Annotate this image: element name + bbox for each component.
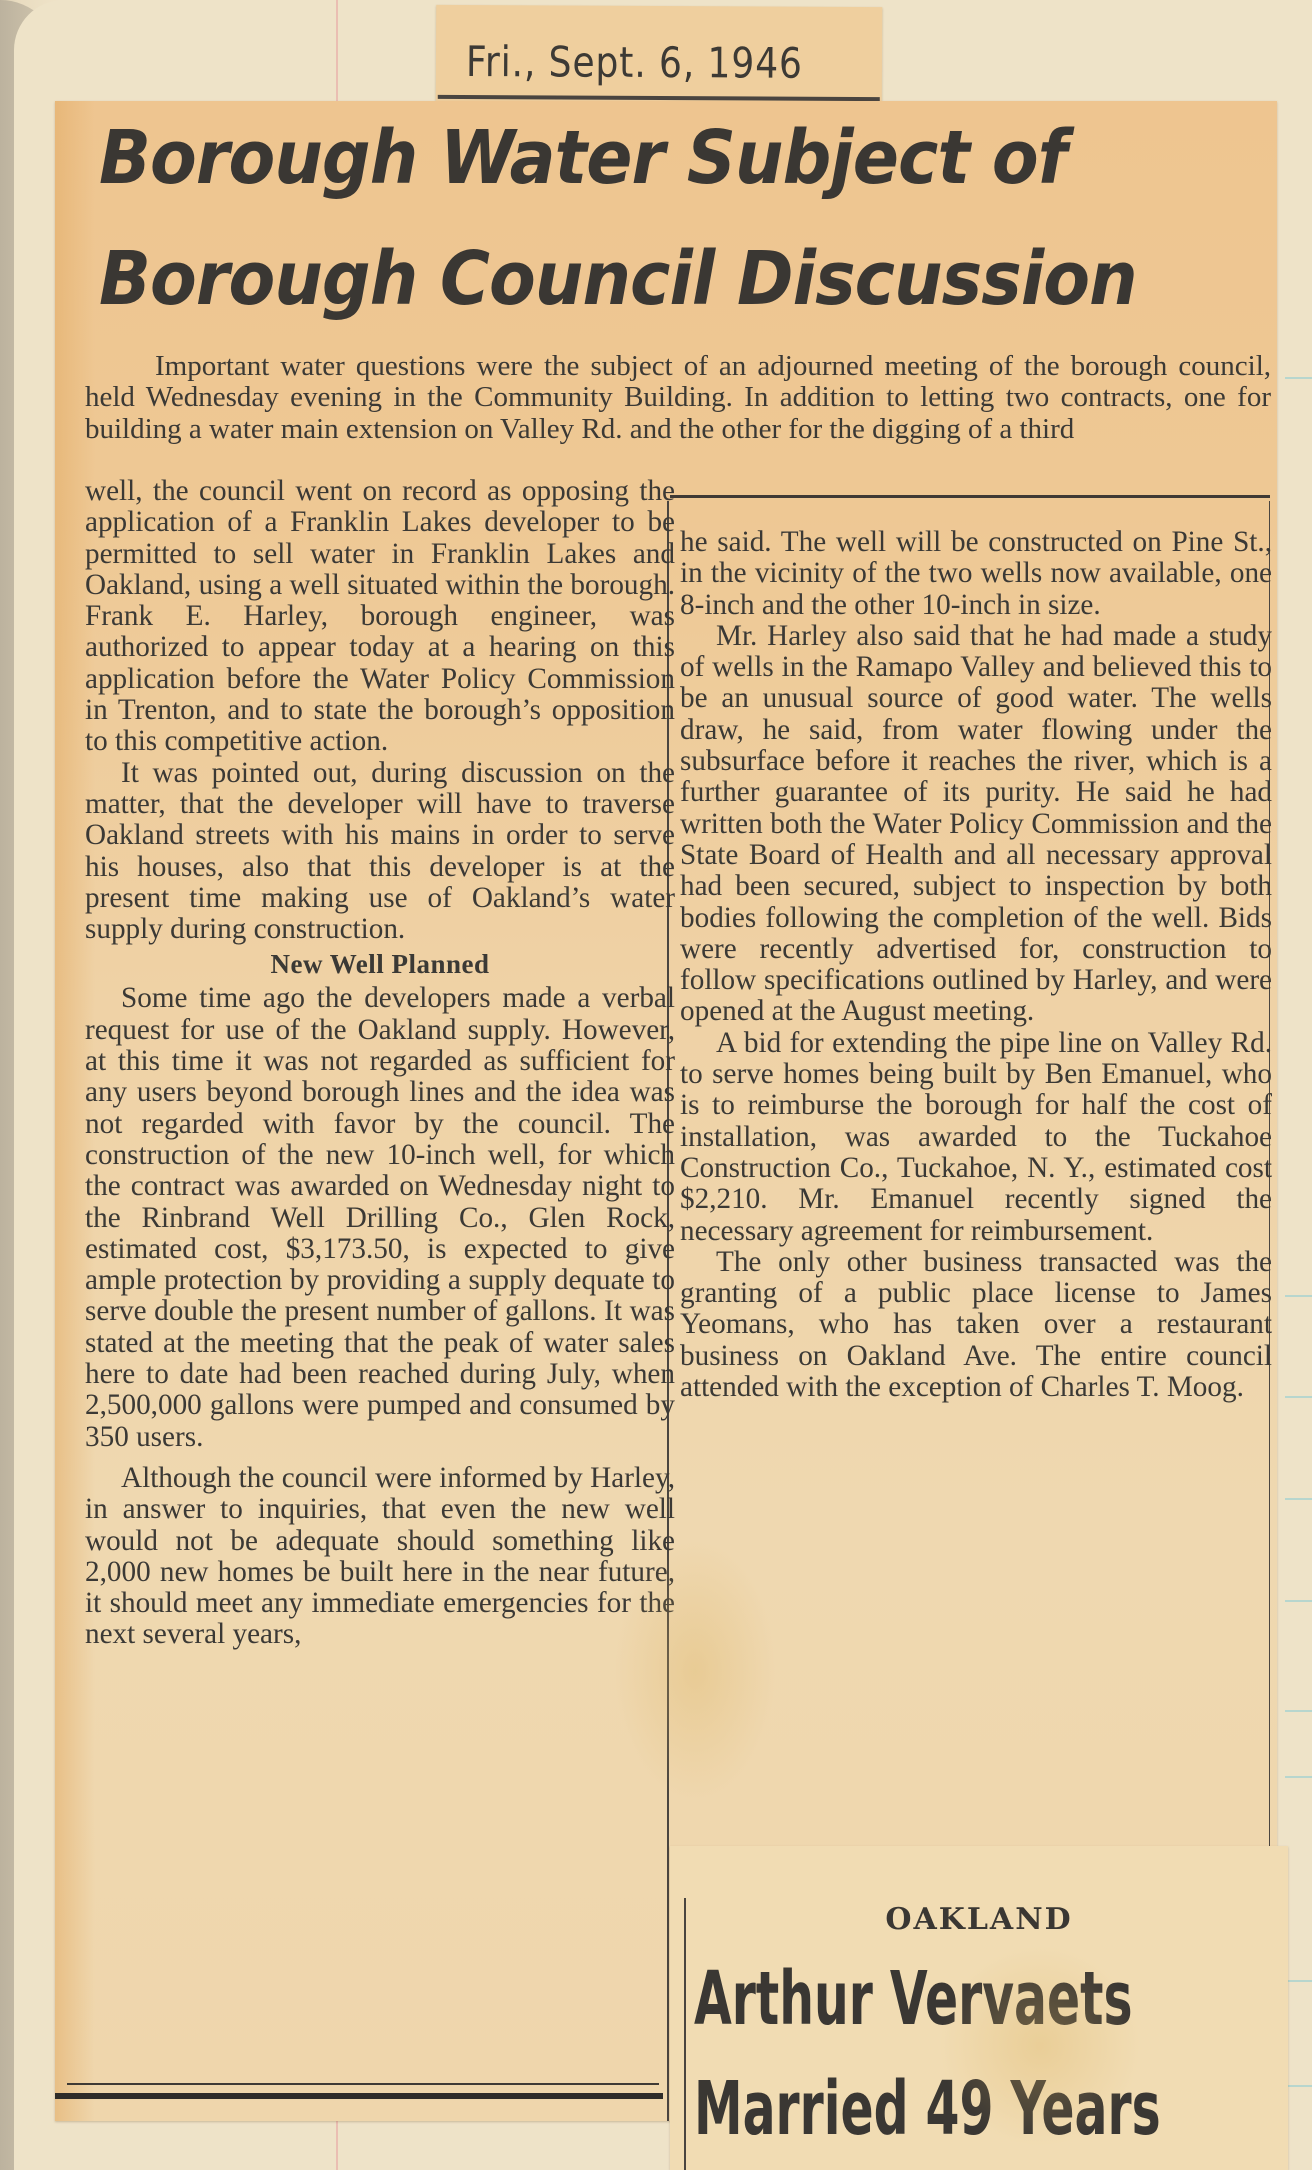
end-rule-thin xyxy=(67,2083,659,2085)
paragraph: A bid for extending the pipe line on Val… xyxy=(680,1028,1272,1247)
ruled-line xyxy=(1285,1295,1312,1297)
water-stain xyxy=(615,1541,775,1801)
end-rule-thick xyxy=(55,2093,663,2099)
lead-text: Important water questions were the subje… xyxy=(85,350,1271,445)
ruled-line xyxy=(1285,1980,1312,1982)
article-headline-line-2: Borough Council Discussion xyxy=(99,236,1137,322)
ruled-line xyxy=(1285,1600,1312,1602)
clipping-date: Fri., Sept. 6, 1946 xyxy=(466,37,803,88)
date-clipping: Fri., Sept. 6, 1946 xyxy=(436,5,883,107)
ruled-line xyxy=(1285,377,1312,379)
paragraph: It was pointed out, during discussion on… xyxy=(85,758,675,946)
paragraph: Mr. Harley also said that he had made a … xyxy=(680,621,1272,1028)
column-divider-rule xyxy=(670,495,1270,498)
paragraph: he said. The well will be constructed on… xyxy=(680,527,1272,621)
article-lead: Important water questions were the subje… xyxy=(85,351,1271,445)
subheading: New Well Planned xyxy=(85,945,675,983)
section-kicker: OAKLAND xyxy=(670,1902,1288,1937)
paragraph: well, the council went on record as oppo… xyxy=(85,476,675,758)
oakland-clipping: OAKLAND Arthur Vervaets Married 49 Years xyxy=(670,1846,1288,2170)
paragraph: Some time ago the developers made a verb… xyxy=(85,983,675,1452)
article-headline-line-1: Borough Water Subject of xyxy=(99,115,1066,201)
ruled-line xyxy=(1285,2085,1312,2087)
article-clipping: Borough Water Subject of Borough Council… xyxy=(55,101,1277,2121)
ruled-line xyxy=(1285,1396,1312,1398)
paragraph: Although the council were informed by Ha… xyxy=(85,1463,675,1651)
ruled-line xyxy=(1285,1710,1312,1712)
ruled-line xyxy=(1285,1498,1312,1500)
ruled-line xyxy=(1285,1776,1312,1778)
right-column: he said. The well will be constructed on… xyxy=(680,527,1272,1403)
paragraph: The only other business transacted was t… xyxy=(680,1247,1272,1403)
left-column: well, the council went on record as oppo… xyxy=(85,476,675,1651)
clipping-border xyxy=(684,1898,686,2170)
water-stain xyxy=(940,1946,1140,2146)
